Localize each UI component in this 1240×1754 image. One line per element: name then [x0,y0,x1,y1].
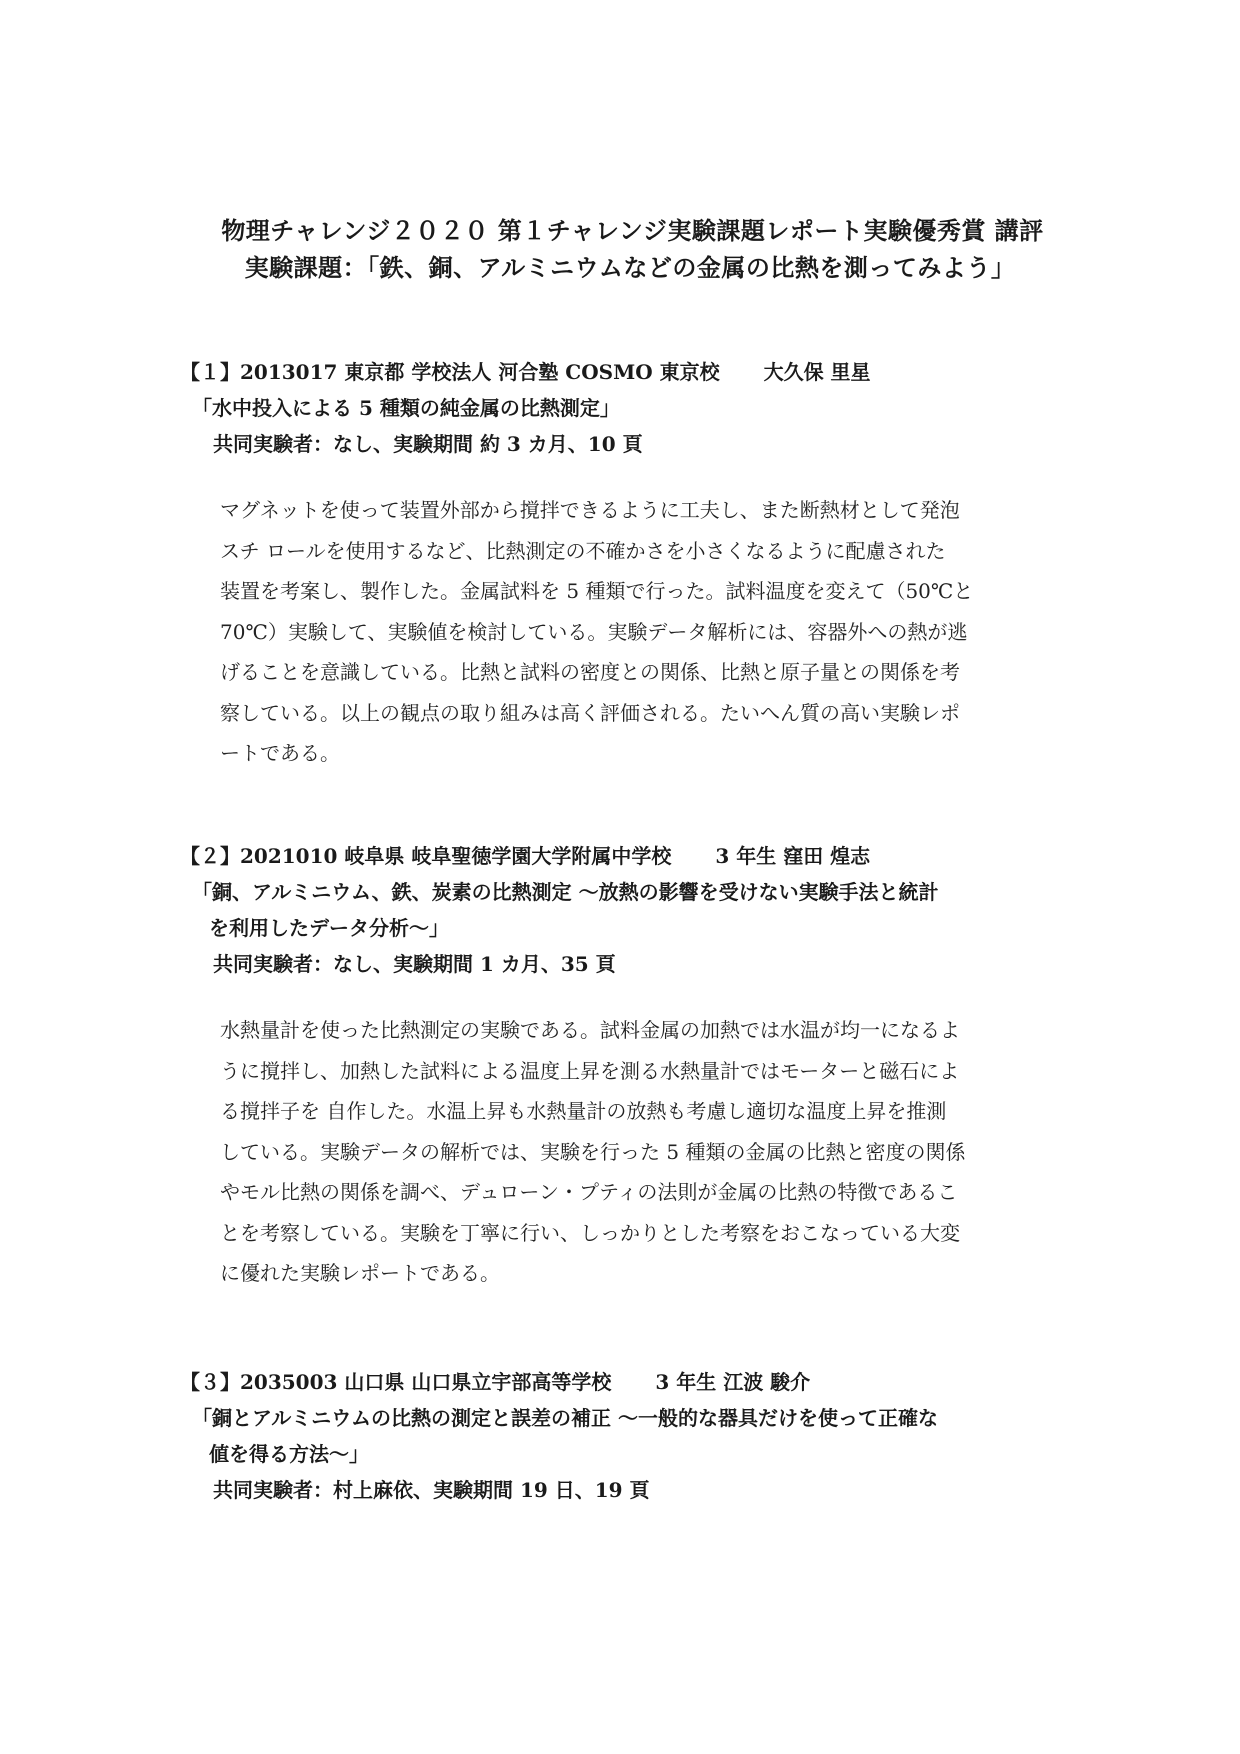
entry-prefecture: 東京都 [344,360,404,384]
entry-number: 【１】 [180,360,240,384]
review-line: る撹拌子を 自作した。水温上昇も水熱量計の放熱も考慮し適切な温度上昇を推測 [220,1091,1060,1132]
review-line: 察している。以上の観点の取り組みは高く評価される。たいへん質の高い実験レポ [220,693,1060,734]
report-title-line: を利用したデータ分析～」 [192,910,1060,946]
entry-name: 大久保 里星 [764,360,871,384]
report-title-line: 「銅とアルミニウムの比熱の測定と誤差の補正 ～一般的な器具だけを使って正確な [192,1406,938,1430]
title-line-award: 物理チャレンジ２０２０ 第１チャレンジ実験課題レポート実験優秀賞 講評 [0,212,1240,249]
award-entry-3: 【３】2035003 山口県 山口県立宇部高等学校3 年生 江波 駿介 「銅とア… [180,1364,1060,1508]
entry-meta: 共同実験者：なし、実験期間 1 カ月、35 頁 [180,946,1060,982]
award-entry-1: 【１】2013017 東京都 学校法人 河合塾 COSMO 東京校大久保 里星 … [180,354,1060,774]
entry-meta: 共同実験者：なし、実験期間 約 3 カ月、10 頁 [180,426,1060,462]
review-line: に優れた実験レポートである。 [220,1253,1060,1294]
review-line: 水熱量計を使った比熱測定の実験である。試料金属の加熱では水温が均一になるよ [220,1010,1060,1051]
entry-review: 水熱量計を使った比熱測定の実験である。試料金属の加熱では水温が均一になるよ うに… [220,1010,1060,1294]
entry-report-title: 「銅とアルミニウムの比熱の測定と誤差の補正 ～一般的な器具だけを使って正確な 値… [180,1400,1060,1472]
entry-meta: 共同実験者：村上麻依、実験期間 19 日、19 頁 [180,1472,1060,1508]
entry-number: 【２】 [180,844,240,868]
entry-header: 【３】2035003 山口県 山口県立宇部高等学校3 年生 江波 駿介 [180,1364,1060,1400]
entry-school: 学校法人 河合塾 COSMO 東京校 [411,360,719,384]
entry-id: 2013017 [240,360,337,384]
review-line: ートである。 [220,733,1060,774]
report-title-line: 「銅、アルミニウム、鉄、炭素の比熱測定 ～放熱の影響を受けない実験手法と統計 [192,880,939,904]
review-line: うに撹拌し、加熱した試料による温度上昇を測る水熱量計ではモーターと磁石によ [220,1051,1060,1092]
entry-header: 【１】2013017 東京都 学校法人 河合塾 COSMO 東京校大久保 里星 [180,354,1060,390]
review-line: 装置を考案し、製作した。金属試料を 5 種類で行った。試料温度を変えて（50℃と [220,571,1060,612]
entry-school: 山口県立宇部高等学校 [411,1370,611,1394]
review-line: スチ ロールを使用するなど、比熱測定の不確かさを小さくなるように配慮された [220,531,1060,572]
entry-id: 2035003 [240,1370,337,1394]
report-title-line: 値を得る方法～」 [192,1436,1060,1472]
entry-prefecture: 山口県 [344,1370,404,1394]
review-line: げることを意識している。比熱と試料の密度との関係、比熱と原子量との関係を考 [220,652,1060,693]
entry-school: 岐阜聖徳学園大学附属中学校 [411,844,671,868]
entry-prefecture: 岐阜県 [344,844,404,868]
title-line-theme: 実験課題：「鉄、銅、アルミニウムなどの金属の比熱を測ってみよう」 [0,249,1240,286]
entry-number: 【３】 [180,1370,240,1394]
report-title-line: 「水中投入による 5 種類の純金属の比熱測定」 [192,396,620,420]
award-entry-2: 【２】2021010 岐阜県 岐阜聖徳学園大学附属中学校3 年生 窪田 煌志 「… [180,838,1060,1294]
entry-review: マグネットを使って装置外部から撹拌できるように工夫し、また断熱材として発泡 スチ… [220,490,1060,774]
entry-report-title: 「水中投入による 5 種類の純金属の比熱測定」 [180,390,1060,426]
entry-grade: 3 年生 [655,1370,716,1394]
review-line: やモル比熱の関係を調べ、デュローン・プティの法則が金属の比熱の特徴であるこ [220,1172,1060,1213]
entry-name: 窪田 煌志 [783,844,870,868]
entry-header: 【２】2021010 岐阜県 岐阜聖徳学園大学附属中学校3 年生 窪田 煌志 [180,838,1060,874]
entry-grade: 3 年生 [715,844,776,868]
entry-id: 2021010 [240,844,337,868]
review-line: 70℃）実験して、実験値を検討している。実験データ解析には、容器外への熱が逃 [220,612,1060,653]
review-line: している。実験データの解析では、実験を行った 5 種類の金属の比熱と密度の関係 [220,1132,1060,1173]
entry-name: 江波 駿介 [723,1370,810,1394]
document-title: 物理チャレンジ２０２０ 第１チャレンジ実験課題レポート実験優秀賞 講評 実験課題… [0,212,1240,286]
review-line: マグネットを使って装置外部から撹拌できるように工夫し、また断熱材として発泡 [220,490,1060,531]
review-line: とを考察している。実験を丁寧に行い、しっかりとした考察をおこなっている大変 [220,1213,1060,1254]
entry-report-title: 「銅、アルミニウム、鉄、炭素の比熱測定 ～放熱の影響を受けない実験手法と統計 を… [180,874,1060,946]
